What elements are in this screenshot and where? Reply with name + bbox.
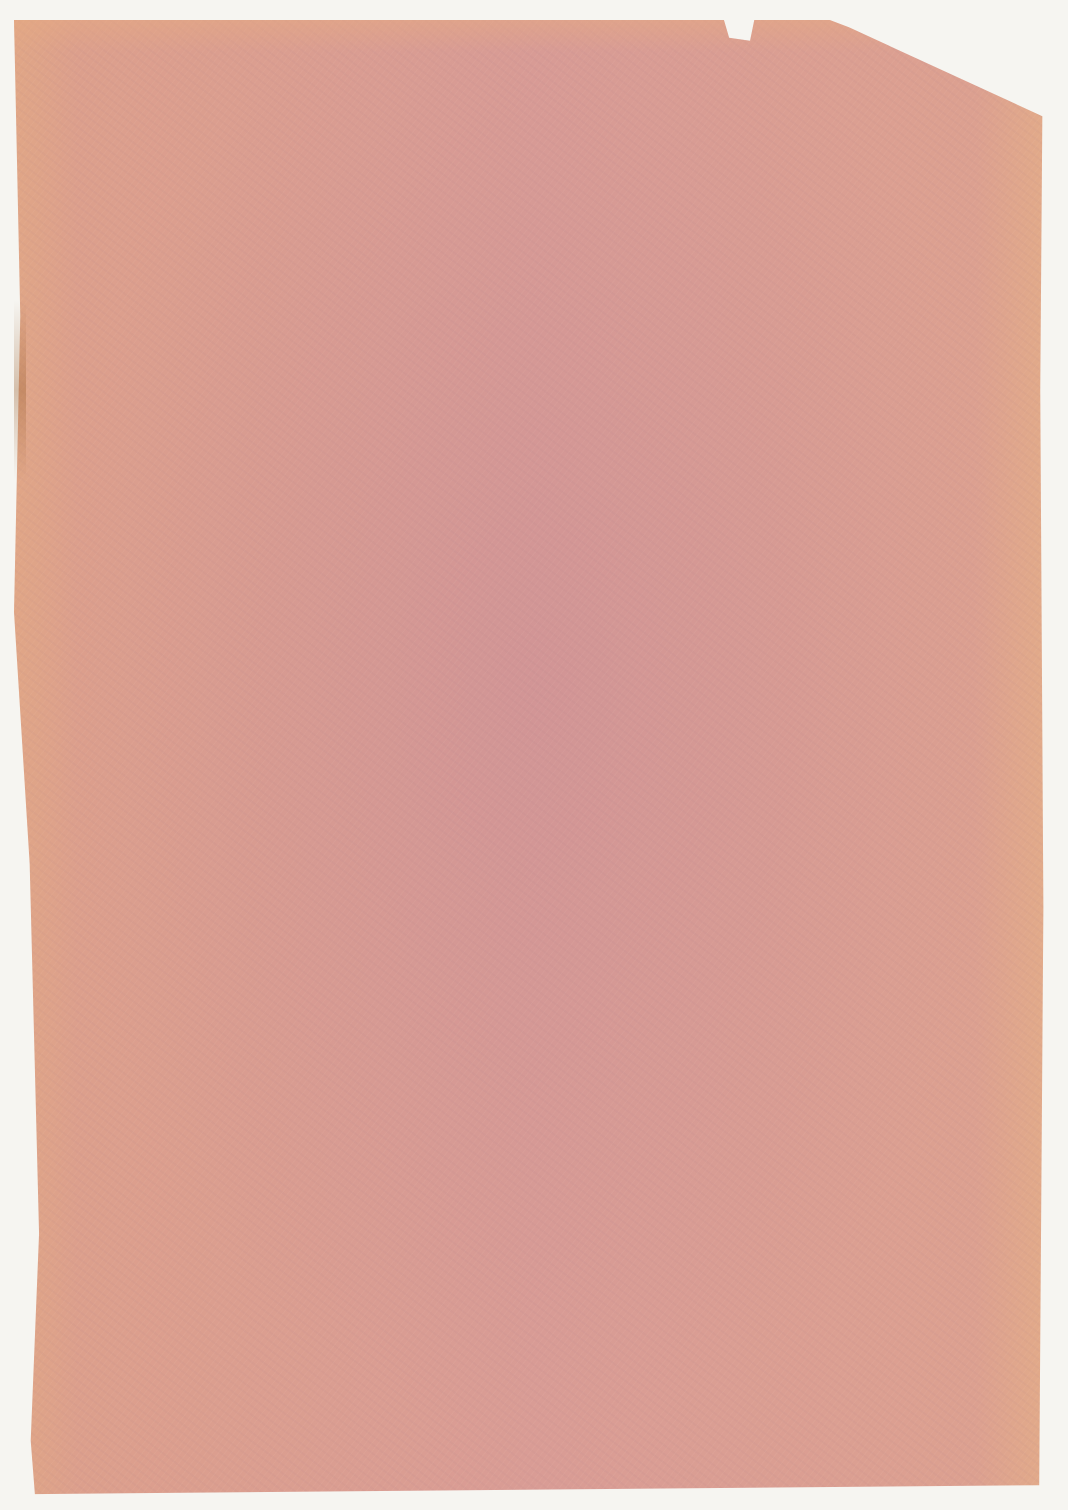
paper-sheet: [14, 20, 1058, 1500]
edge-stain: [14, 300, 26, 480]
